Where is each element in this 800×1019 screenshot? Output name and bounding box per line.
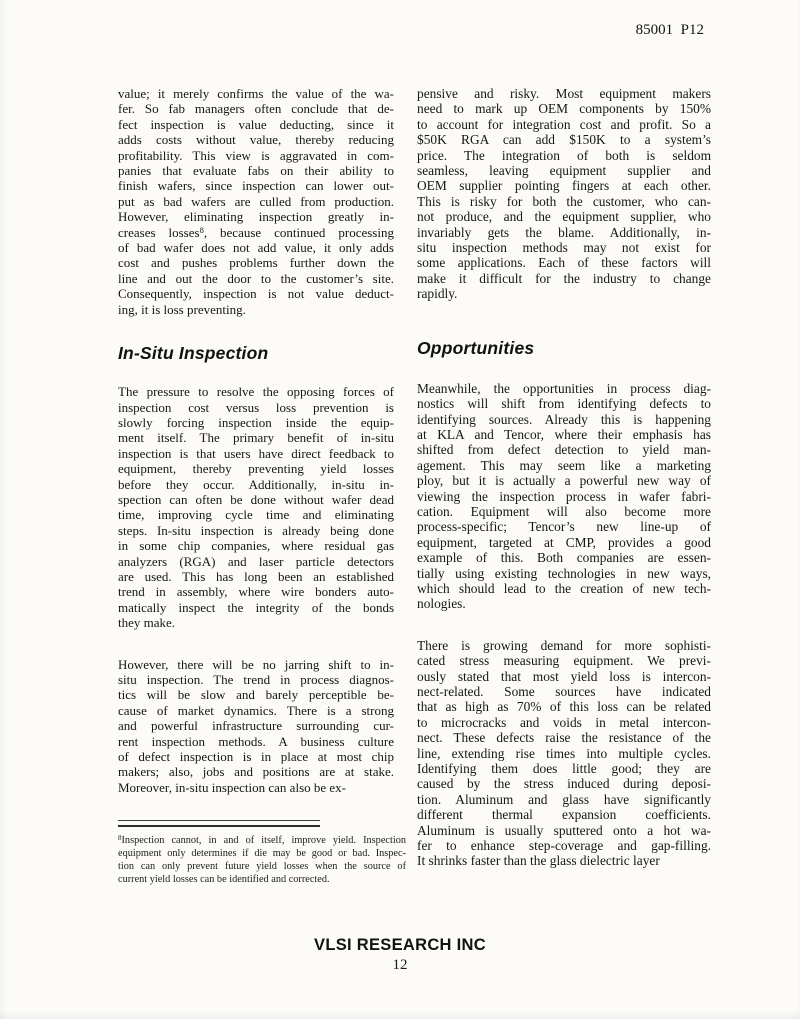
- text-line: need to mark up OEM components by 150%: [417, 101, 711, 116]
- text-line: analyzers (RGA) and laser particle detec…: [118, 554, 394, 569]
- paragraph-no-jarring-shift: However, there will be no jarring shift …: [118, 657, 394, 796]
- text-line: nect-related. Some sources have indicate…: [417, 684, 711, 699]
- text-line: OEM supplier pointing fingers at each ot…: [417, 178, 711, 193]
- text-line: caused by the stress induced during depo…: [417, 776, 711, 791]
- text-line: nologies.: [417, 596, 711, 611]
- text-line: Consequently, inspection is not value de…: [118, 286, 394, 301]
- text-line: This is risky for both the customer, who…: [417, 194, 711, 209]
- text-line: equipment only determines if die may be …: [118, 847, 406, 860]
- text-line: slowly forcing inspection inside the equ…: [118, 415, 394, 430]
- page-footer: VLSI RESEARCH INC 12: [0, 936, 800, 974]
- text-line: price. The integration of both is seldom: [417, 148, 711, 163]
- text-line: profitability. This view is aggravated i…: [118, 148, 394, 163]
- text-line: 8Inspection cannot, in and of itself, im…: [118, 834, 406, 847]
- text-line: The pressure to resolve the opposing for…: [118, 384, 394, 399]
- text-line: not produce, and the equipment supplier,…: [417, 209, 711, 224]
- text-line: situ inspection methods may not exist fo…: [417, 240, 711, 255]
- text-line: tion can only prevent future yield losse…: [118, 860, 406, 873]
- footnote-divider: [118, 820, 320, 827]
- text-line: cation. Equipment will also become more: [417, 504, 711, 519]
- text-line: that as high as 70% of this loss can be …: [417, 699, 711, 714]
- text-line: fer. So fab managers often conclude that…: [118, 101, 394, 116]
- text-line: creases losses8, because continued proce…: [118, 225, 394, 240]
- footer-company-name: VLSI RESEARCH INC: [0, 936, 800, 955]
- paragraph-process-diagnostics-shift: Meanwhile, the opportunities in process …: [417, 381, 711, 612]
- text-line: they make.: [118, 615, 394, 630]
- text-line: makers; also, jobs and positions are at …: [118, 764, 394, 779]
- text-line: ously stated that most yield loss is int…: [417, 669, 711, 684]
- text-line: nostics will shift from identifying defe…: [417, 396, 711, 411]
- text-line: make it difficult for the industry to ch…: [417, 271, 711, 286]
- text-line: agement. This may seem like a marketing: [417, 458, 711, 473]
- text-line: inspection is that users have direct fee…: [118, 446, 394, 461]
- text-line: are used. This has long been an establis…: [118, 569, 394, 584]
- text-line: of defect inspection is in place at most…: [118, 749, 394, 764]
- text-line: before they occur. Additionally, in-situ…: [118, 477, 394, 492]
- text-line: $50K RGA can add $150K to a system’s: [417, 132, 711, 147]
- text-line: ment itself. The primary benefit of in-s…: [118, 430, 394, 445]
- text-line: shifted from defect detection to yield m…: [417, 442, 711, 457]
- section-heading-opportunities: Opportunities: [417, 338, 711, 359]
- paragraph-value-deducting: value; it merely confirms the value of t…: [118, 86, 394, 317]
- text-line: There is growing demand for more sophist…: [417, 638, 711, 653]
- text-line: of bad wafer does not add value, it only…: [118, 240, 394, 255]
- text-line: line, extending rise times into multiple…: [417, 746, 711, 761]
- text-line: However, eliminating inspection greatly …: [118, 209, 394, 224]
- text-line: cause of market dynamics. There is a str…: [118, 703, 394, 718]
- text-line: different thermal expansion coefficients…: [417, 807, 711, 822]
- text-line: and powerful infrastructure surrounding …: [118, 718, 394, 733]
- section-heading-in-situ-inspection: In-Situ Inspection: [118, 343, 394, 364]
- text-line: rapidly.: [417, 286, 711, 301]
- text-line: trend in assembly, where wire bonders au…: [118, 584, 394, 599]
- footnote-inspection-yield: 8Inspection cannot, in and of itself, im…: [118, 834, 406, 886]
- text-line: fer to enhance step-coverage and gap-fil…: [417, 838, 711, 853]
- text-line: which should lead to the creation of new…: [417, 581, 711, 596]
- text-line: some applications. Each of these factors…: [417, 255, 711, 270]
- text-line: cated stress measuring equipment. We pre…: [417, 653, 711, 668]
- text-line: ing, it is loss preventing.: [118, 302, 394, 317]
- text-line: equipment, thereby preventing yield loss…: [118, 461, 394, 476]
- paragraph-in-situ-pressure: The pressure to resolve the opposing for…: [118, 384, 394, 631]
- text-line: finish wafers, since inspection can lowe…: [118, 178, 394, 193]
- text-line: fect inspection is value deducting, sinc…: [118, 117, 394, 132]
- doc-code: 85001 P12: [636, 22, 704, 39]
- text-line: adds costs without value, thereby reduci…: [118, 132, 394, 147]
- text-line: seamless, leaving equipment supplier and: [417, 163, 711, 178]
- text-line: nect. These defects raise the resistance…: [417, 730, 711, 745]
- text-line: However, there will be no jarring shift …: [118, 657, 394, 672]
- text-line: Moreover, in-situ inspection can also be…: [118, 780, 394, 795]
- text-line: rent inspection methods. A business cult…: [118, 734, 394, 749]
- text-line: in some chip companies, where residual g…: [118, 538, 394, 553]
- text-line: current yield losses can be identified a…: [118, 873, 406, 886]
- footer-page-number: 12: [0, 957, 800, 974]
- text-line: matically inspect the integrity of the b…: [118, 600, 394, 615]
- text-line: spection can often be done without wafer…: [118, 492, 394, 507]
- text-line: Meanwhile, the opportunities in process …: [417, 381, 711, 396]
- text-line: ploy, but it is actually a powerful new …: [417, 473, 711, 488]
- text-line: cost and pushes problems further down th…: [118, 255, 394, 270]
- text-line: identifying sources. Already this is hap…: [417, 412, 711, 427]
- text-line: time, improving cycle time and eliminati…: [118, 507, 394, 522]
- paragraph-stress-measuring-demand: There is growing demand for more sophist…: [417, 638, 711, 869]
- text-line: viewing the inspection process in wafer …: [417, 489, 711, 504]
- text-line: process-specific; Tencor’s new line-up o…: [417, 519, 711, 534]
- text-line: to microcracks and voids in metal interc…: [417, 715, 711, 730]
- text-line: equipment, targeted at CMP, provides a g…: [417, 535, 711, 550]
- text-line: tion. Aluminum and glass have significan…: [417, 792, 711, 807]
- document-page: 85001 P12 value; it merely confirms the …: [0, 0, 800, 1019]
- text-line: Identifying them does little good; they …: [417, 761, 711, 776]
- text-line: It shrinks faster than the glass dielect…: [417, 853, 711, 868]
- text-line: tially using existing technologies in ne…: [417, 566, 711, 581]
- text-line: tics will be slow and barely perceptible…: [118, 687, 394, 702]
- text-line: line and out the door to the customer’s …: [118, 271, 394, 286]
- text-line: steps. In-situ inspection is already bei…: [118, 523, 394, 538]
- paragraph-oem-markup: pensive and risky. Most equipment makers…: [417, 86, 711, 302]
- left-column: value; it merely confirms the value of t…: [118, 86, 394, 886]
- text-line: inspection cost versus loss prevention i…: [118, 400, 394, 415]
- text-line: Aluminum is usually sputtered onto a hot…: [417, 823, 711, 838]
- text-line: example of this. Both companies are esse…: [417, 550, 711, 565]
- text-line: to account for integration cost and prof…: [417, 117, 711, 132]
- right-column: pensive and risky. Most equipment makers…: [417, 86, 711, 869]
- text-line: value; it merely confirms the value of t…: [118, 86, 394, 101]
- text-line: at KLA and Tencor, where their emphasis …: [417, 427, 711, 442]
- text-line: situ inspection. The trend in process di…: [118, 672, 394, 687]
- text-line: invariably gets the blame. Additionally,…: [417, 225, 711, 240]
- text-line: pensive and risky. Most equipment makers: [417, 86, 711, 101]
- text-line: put as bad wafers are culled from produc…: [118, 194, 394, 209]
- text-line: panies that evaluate fabs on their abili…: [118, 163, 394, 178]
